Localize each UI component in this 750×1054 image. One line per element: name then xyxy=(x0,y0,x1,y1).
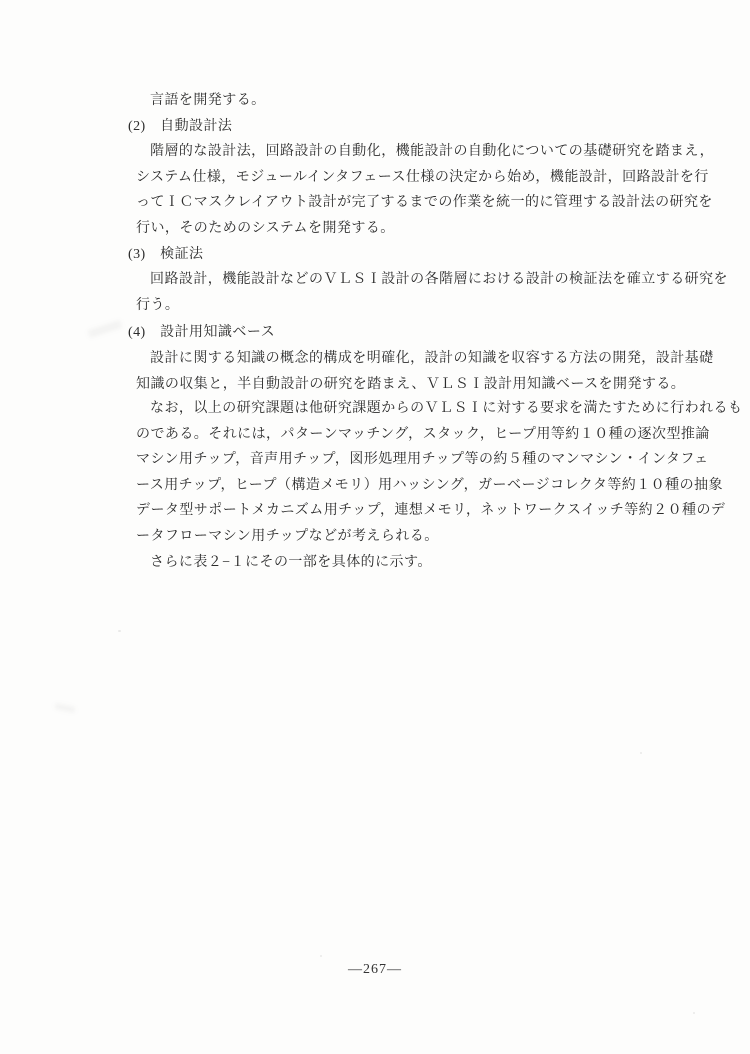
text-line: ってＩＣマスクレイアウト設計が完了するまでの作業を統一的に管理する設計法の研究を xyxy=(136,194,713,212)
text-line: システム仕様，モジュールインタフェース仕様の決定から始め，機能設計，回路設計を行 xyxy=(136,169,709,187)
scan-speck xyxy=(693,1012,695,1014)
text-line: 設計に関する知識の概念的構成を明確化，設計の知識を収容する方法の開発，設計基礎 xyxy=(150,350,714,368)
text-line: マシン用チップ，音声用チップ，図形処理用チップ等の約５種のマンマシン・インタフェ xyxy=(136,451,709,469)
scan-smudge xyxy=(88,320,123,338)
section-heading-2: (2) 自動設計法 xyxy=(128,118,232,136)
text-line: なお，以上の研究課題は他研究課題からのＶＬＳＩに対する要求を満たすために行われる… xyxy=(150,400,742,418)
text-line: 回路設計，機能設計などのＶＬＳＩ設計の各階層における設計の検証法を確立する研究を xyxy=(150,271,728,289)
scan-smudge xyxy=(55,703,76,713)
text-line: 知識の収集と，半自動設計の研究を踏まえ、ＶＬＳＩ設計用知識ベースを開発する。 xyxy=(136,376,685,394)
text-line: 行い，そのためのシステムを開発する。 xyxy=(136,220,395,238)
text-line: ータフローマシン用チップなどが考えられる。 xyxy=(136,528,439,546)
text-line: のである。それには，パターンマッチング，スタック，ヒープ用等約１０種の逐次型推論 xyxy=(136,426,710,444)
section-heading-4: (4) 設計用知識ベース xyxy=(128,324,275,342)
text-line: 階層的な設計法，回路設計の自動化，機能設計の自動化についての基礎研究を踏まえ， xyxy=(150,143,714,161)
text-line: 言語を開発する。 xyxy=(150,92,266,110)
page-number: —267— xyxy=(0,962,750,978)
scanned-document-page: 言語を開発する。 (2) 自動設計法 階層的な設計法，回路設計の自動化，機能設計… xyxy=(0,0,750,1054)
scan-speck xyxy=(118,630,121,632)
scan-speck xyxy=(640,752,642,754)
text-line: さらに表２−１にその一部を具体的に示す。 xyxy=(150,554,432,572)
text-line: データ型サポートメカニズム用チップ，連想メモリ，ネットワークスイッチ等約２０種の… xyxy=(136,502,725,520)
scan-speck xyxy=(320,955,322,957)
text-line: 行う。 xyxy=(136,297,179,315)
text-line: ース用チップ，ヒープ（構造メモリ）用ハッシング，ガーベージコレクタ等約１０種の抽… xyxy=(136,477,723,495)
section-heading-3: (3) 検証法 xyxy=(128,246,203,264)
